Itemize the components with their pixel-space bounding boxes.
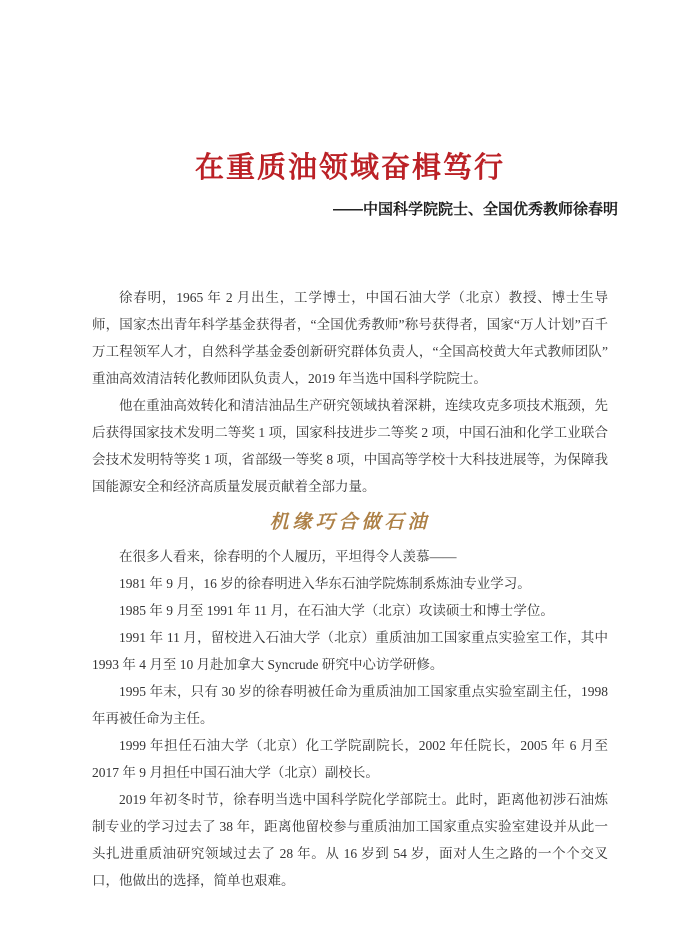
document-page: 在重质油领域奋楫笃行 ——中国科学院院士、全国优秀教师徐春明 徐春明，1965 … [0,0,680,945]
body-paragraph: 2019 年初冬时节，徐春明当选中国科学院化学部院士。此时，距离他初涉石油炼制专… [92,786,608,894]
section-heading: 机缘巧合做石油 [92,509,608,536]
body-paragraph: 1985 年 9 月至 1991 年 11 月，在石油大学（北京）攻读硕士和博士… [92,597,608,624]
intro-paragraph: 他在重油高效转化和清洁油品生产研究领域执着深耕，连续攻克多项技术瓶颈，先后获得国… [92,392,608,500]
body-paragraph: 1981 年 9 月，16 岁的徐春明进入华东石油学院炼制系炼油专业学习。 [92,570,608,597]
body-paragraph: 1999 年担任石油大学（北京）化工学院副院长，2002 年任院长，2005 年… [92,732,608,786]
article-body: 徐春明，1965 年 2 月出生，工学博士，中国石油大学（北京）教授、博士生导师… [92,284,608,894]
body-paragraph: 在很多人看来，徐春明的个人履历，平坦得令人羡慕—— [92,543,608,570]
intro-paragraph: 徐春明，1965 年 2 月出生，工学博士，中国石油大学（北京）教授、博士生导师… [92,284,608,392]
body-paragraph: 1995 年末，只有 30 岁的徐春明被任命为重质油加工国家重点实验室副主任，1… [92,678,608,732]
page-content: 在重质油领域奋楫笃行 ——中国科学院院士、全国优秀教师徐春明 徐春明，1965 … [0,0,680,894]
article-subtitle: ——中国科学院院士、全国优秀教师徐春明 [92,199,618,221]
body-paragraph: 1991 年 11 月，留校进入石油大学（北京）重质油加工国家重点实验室工作，其… [92,624,608,678]
article-title: 在重质油领域奋楫笃行 [92,150,608,186]
